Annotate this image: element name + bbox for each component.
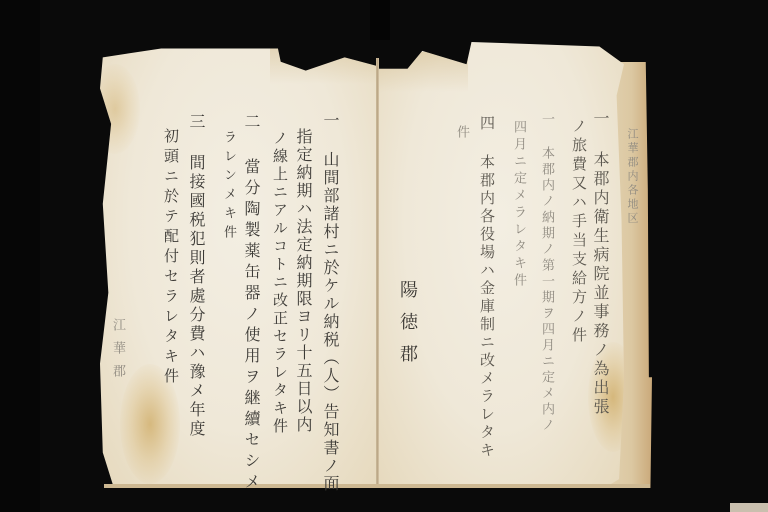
edge-stain (90, 64, 140, 154)
left-col-4: 二 當分陶製薬缶器ノ使用ヲ継續セシメ (243, 113, 259, 494)
left-col-1: 一 山間部諸村ニ於ケル納税（人）告知書ノ面 (322, 112, 338, 493)
right-col-4: 四月ニ定メラレタキ件 (512, 120, 525, 290)
left-col-6: 三 間接國税犯則者處分費ハ豫メ年度 (188, 113, 204, 439)
corner-paper-fragment (730, 503, 768, 512)
book-spine (376, 58, 379, 488)
photo-stage: 江華郡内各地区 一 山間部諸村ニ於ケル納税（人）告知書ノ面 指定納期ハ法定納期限… (0, 0, 768, 512)
right-col-3: 一 本郡内ノ納期ノ第一期ヲ四月ニ定メ内ノ (540, 112, 553, 434)
left-margin-note: 江華郡 (111, 318, 124, 387)
page-bottom-edge (104, 484, 650, 488)
right-col-6: 件 (455, 125, 468, 141)
black-backdrop (0, 0, 40, 512)
right-col-1: 一 本郡内衛生病院並事務ノ為出張 (592, 110, 608, 417)
right-col-2: ノ旅費又ハ手当支給方ノ件 (571, 118, 586, 346)
left-col-7: 初頭ニ於テ配付セラレタキ件 (163, 128, 178, 388)
left-col-5: ラレンメキ件 (222, 130, 235, 244)
left-col-3: ノ線上ニアルコトニ改正セラレタキ件 (272, 130, 287, 436)
left-col-2: 指定納期ハ法定納期限ヨリ十五日以内 (295, 128, 311, 434)
right-col-5: 四 本郡内各役場ハ金庫制ニ改メラレタキ (479, 115, 494, 460)
back-sheet-faint-column: 江華郡内各地区 (627, 128, 638, 226)
torn-edge-shade (270, 44, 378, 84)
signature-county-name: 陽徳郡 (398, 280, 416, 376)
black-backdrop-gap (370, 0, 390, 40)
torn-edge-shade (378, 52, 468, 92)
